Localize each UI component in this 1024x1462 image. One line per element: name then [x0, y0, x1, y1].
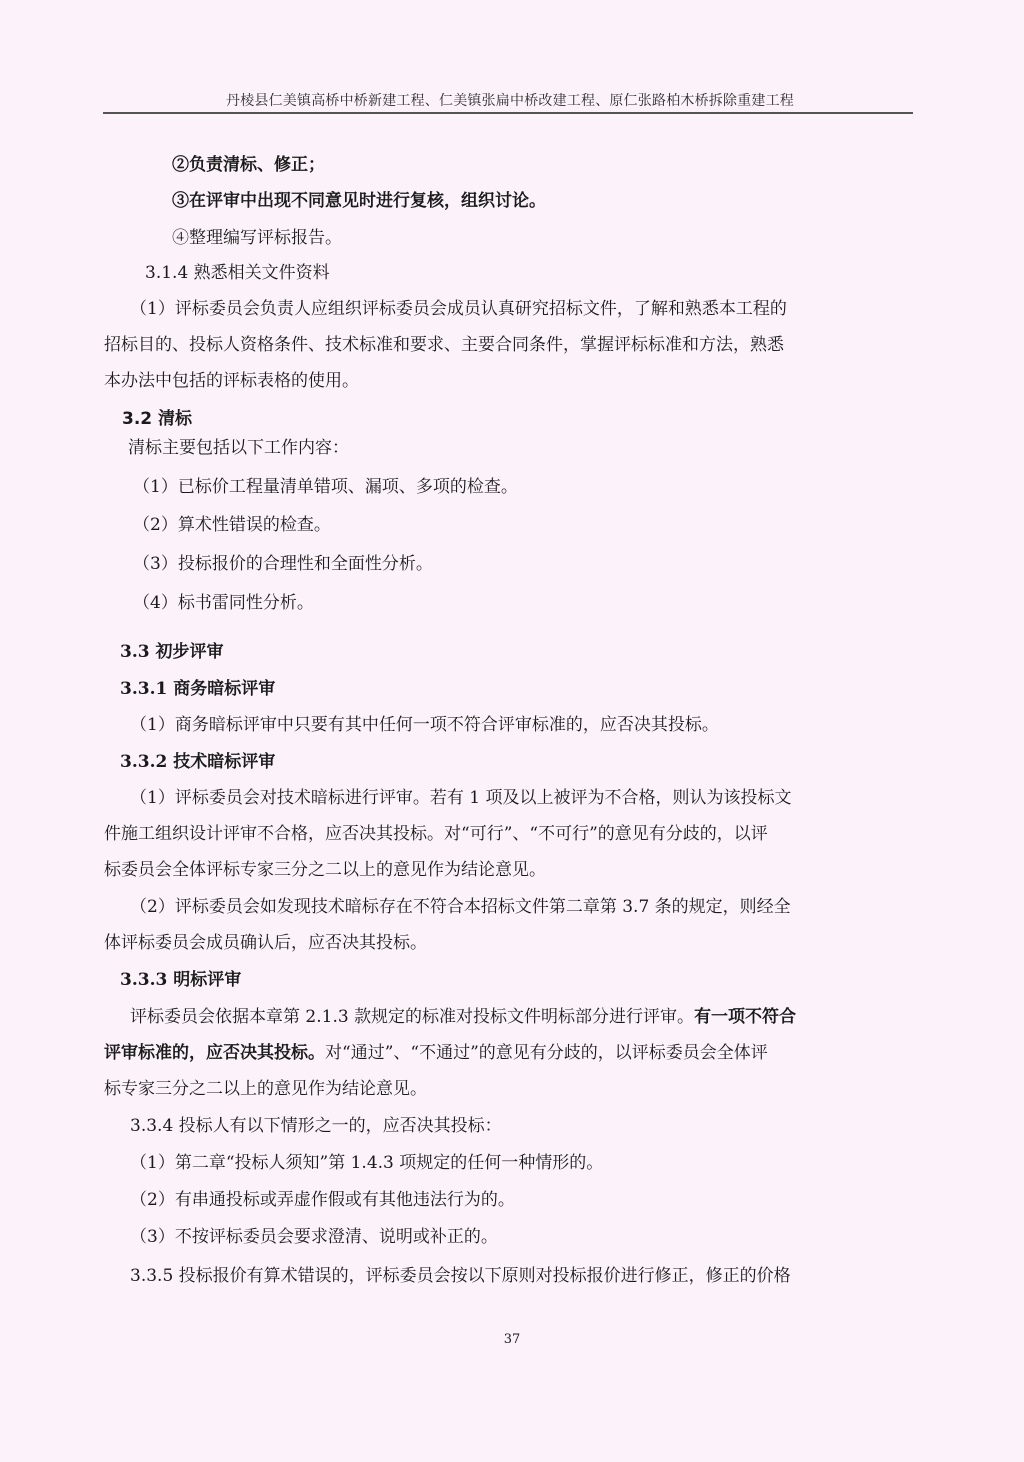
text-line-content: 件施工组织设计评审不合格，应否决其投标。对“可行”、“不可行”的意见有分歧的，以…: [104, 824, 768, 844]
text-line: （2）算术性错误的检查。: [133, 514, 331, 536]
text-line: （1）第二章“投标人须知”第 1.4.3 项规定的任何一种情形的。: [130, 1152, 603, 1174]
text-line-content: 3.3.1 商务暗标评审: [120, 679, 275, 699]
text-line: 3.3.5 投标报价有算术错误的，评标委员会按以下原则对投标报价进行修正，修正的…: [130, 1265, 791, 1287]
text-line-content: 评标委员会依据本章第 2.1.3 款规定的标准对投标文件明标部分进行评审。: [130, 1007, 694, 1027]
text-line-content: （1）第二章“投标人须知”第 1.4.3 项规定的任何一种情形的。: [130, 1153, 603, 1173]
text-line-content: 招标目的、投标人资格条件、技术标准和要求、主要合同条件，掌握评标标准和方法，熟悉: [104, 335, 784, 355]
text-line-content: 3.3.3 明标评审: [120, 970, 241, 990]
text-line: 3.3.4 投标人有以下情形之一的，应否决其投标：: [130, 1115, 502, 1137]
text-line-content: ④整理编写评标报告。: [172, 228, 342, 248]
text-line-content: （2）算术性错误的检查。: [133, 515, 331, 535]
text-line: 件施工组织设计评审不合格，应否决其投标。对“可行”、“不可行”的意见有分歧的，以…: [104, 823, 768, 845]
text-line-content: （2）评标委员会如发现技术暗标存在不符合本招标文件第二章第 3.7 条的规定，则…: [130, 897, 791, 917]
text-line: （1）评标委员会负责人应组织评标委员会成员认真研究招标文件，了解和熟悉本工程的: [130, 298, 787, 320]
page-number: 37: [0, 1332, 1024, 1347]
text-line: （4）标书雷同性分析。: [133, 592, 314, 614]
text-line-content: 体评标委员会成员确认后，应否决其投标。: [104, 933, 427, 953]
text-line-bold-tail: 有一项不符合: [694, 1007, 796, 1027]
text-line: ④整理编写评标报告。: [172, 227, 342, 249]
text-line: （1）已标价工程量清单错项、漏项、多项的检查。: [133, 476, 518, 498]
text-line-content: ③在评审中出现不同意见时进行复核，组织讨论。: [172, 191, 546, 211]
text-line: 3.2 清标: [122, 408, 192, 430]
text-line: （3）不按评标委员会要求澄清、说明或补正的。: [130, 1226, 498, 1248]
text-line-content: 3.2 清标: [122, 409, 192, 429]
text-line: （1）商务暗标评审中只要有其中任何一项不符合评审标准的，应否决其投标。: [130, 714, 719, 736]
document-header-title: 丹棱县仁美镇高桥中桥新建工程、仁美镇张扁中桥改建工程、原仁张路柏木桥拆除重建工程: [100, 90, 920, 110]
text-line-content: 清标主要包括以下工作内容：: [128, 438, 349, 458]
text-line-content: 标专家三分之二以上的意见作为结论意见。: [104, 1079, 427, 1099]
text-line-content: ②负责清标、修正；: [172, 155, 325, 175]
header-divider: [103, 112, 913, 114]
text-line: （2）有串通投标或弄虚作假或有其他违法行为的。: [130, 1189, 515, 1211]
text-line: 3.1.4 熟悉相关文件资料: [145, 262, 330, 284]
text-line: （1）评标委员会对技术暗标进行评审。若有 1 项及以上被评为不合格，则认为该投标…: [130, 787, 791, 809]
text-line-content: （4）标书雷同性分析。: [133, 593, 314, 613]
text-line: （3）投标报价的合理性和全面性分析。: [133, 553, 433, 575]
text-line-plain-tail: 对“通过”、“不通过”的意见有分歧的，以评标委员会全体评: [325, 1043, 768, 1063]
text-line-content: （3）不按评标委员会要求澄清、说明或补正的。: [130, 1227, 498, 1247]
text-line: 体评标委员会成员确认后，应否决其投标。: [104, 932, 427, 954]
text-line: 3.3 初步评审: [120, 641, 224, 663]
text-line-content: 3.3.5 投标报价有算术错误的，评标委员会按以下原则对投标报价进行修正，修正的…: [130, 1266, 791, 1286]
text-line-content: （1）评标委员会负责人应组织评标委员会成员认真研究招标文件，了解和熟悉本工程的: [130, 299, 787, 319]
text-line-content: （1）商务暗标评审中只要有其中任何一项不符合评审标准的，应否决其投标。: [130, 715, 719, 735]
text-line: 标专家三分之二以上的意见作为结论意见。: [104, 1078, 427, 1100]
text-line: （2）评标委员会如发现技术暗标存在不符合本招标文件第二章第 3.7 条的规定，则…: [130, 896, 791, 918]
text-line-content: 本办法中包括的评标表格的使用。: [104, 371, 359, 391]
text-line: 清标主要包括以下工作内容：: [128, 437, 349, 459]
text-line: 招标目的、投标人资格条件、技术标准和要求、主要合同条件，掌握评标标准和方法，熟悉: [104, 334, 784, 356]
text-line-content: 3.3.2 技术暗标评审: [120, 752, 275, 772]
text-line: ②负责清标、修正；: [172, 154, 325, 176]
text-line-content: （1）已标价工程量清单错项、漏项、多项的检查。: [133, 477, 518, 497]
text-line: 评标委员会依据本章第 2.1.3 款规定的标准对投标文件明标部分进行评审。有一项…: [130, 1006, 796, 1028]
text-line: 标委员会全体评标专家三分之二以上的意见作为结论意见。: [104, 859, 546, 881]
text-line-content: （2）有串通投标或弄虚作假或有其他违法行为的。: [130, 1190, 515, 1210]
text-line: 3.3.1 商务暗标评审: [120, 678, 275, 700]
text-line: 本办法中包括的评标表格的使用。: [104, 370, 359, 392]
text-line-content: 3.1.4 熟悉相关文件资料: [145, 263, 330, 283]
text-line-content: 标委员会全体评标专家三分之二以上的意见作为结论意见。: [104, 860, 546, 880]
text-line: ③在评审中出现不同意见时进行复核，组织讨论。: [172, 190, 546, 212]
text-line: 3.3.2 技术暗标评审: [120, 751, 275, 773]
text-line-content: （3）投标报价的合理性和全面性分析。: [133, 554, 433, 574]
text-line-content: 3.3 初步评审: [120, 642, 224, 662]
text-line-content: 3.3.4 投标人有以下情形之一的，应否决其投标：: [130, 1116, 502, 1136]
text-line-content: 评审标准的，应否决其投标。: [104, 1043, 325, 1063]
text-line: 评审标准的，应否决其投标。对“通过”、“不通过”的意见有分歧的，以评标委员会全体…: [104, 1042, 768, 1064]
text-line-content: （1）评标委员会对技术暗标进行评审。若有 1 项及以上被评为不合格，则认为该投标…: [130, 788, 791, 808]
text-line: 3.3.3 明标评审: [120, 969, 241, 991]
